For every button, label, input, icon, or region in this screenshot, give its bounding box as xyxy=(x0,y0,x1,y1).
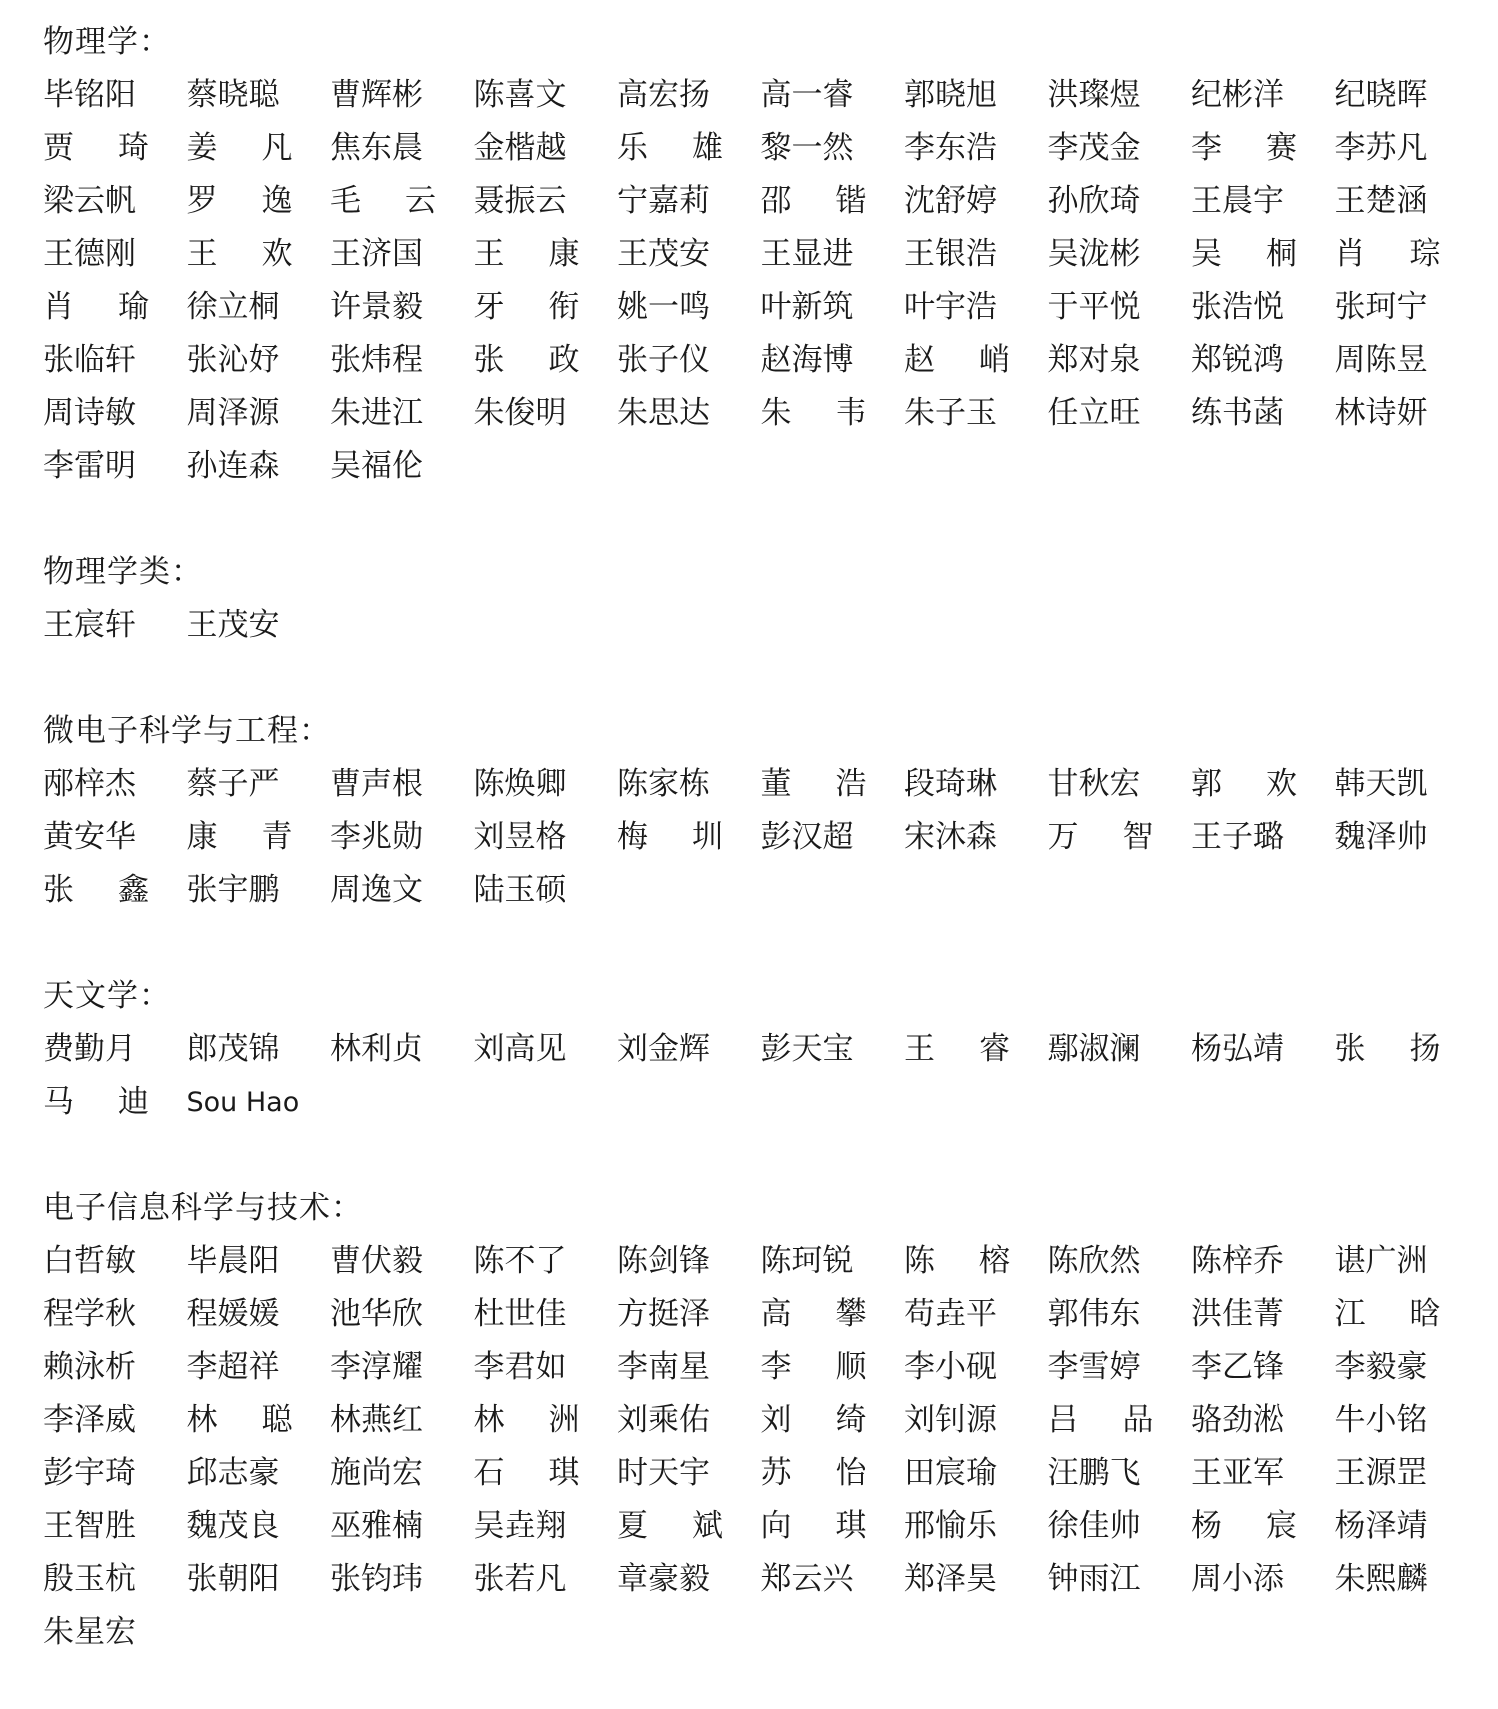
student-name: 周陈昱 xyxy=(1335,334,1441,387)
student-name: 康青 xyxy=(187,811,293,864)
student-name: 姚一鸣 xyxy=(617,281,723,334)
student-name: 魏茂良 xyxy=(187,1500,293,1553)
student-name: 宁嘉莉 xyxy=(617,175,723,228)
major-section: 电子信息科学与技术：白哲敏毕晨阳曹伏毅陈不了陈剑锋陈珂锐陈榕陈欣然陈梓乔谌广洲程… xyxy=(43,1182,1463,1659)
student-name: 王子璐 xyxy=(1191,811,1297,864)
student-name: 刘乘佑 xyxy=(617,1394,723,1447)
name-grid: 费勤月郎茂锦林利贞刘高见刘金辉彭天宝王睿鄢淑澜杨弘靖张扬马迪Sou Hao xyxy=(43,1023,1463,1129)
student-name: 洪璨煜 xyxy=(1048,69,1154,122)
student-name: 李小砚 xyxy=(904,1341,1010,1394)
student-name: 张扬 xyxy=(1335,1023,1441,1076)
student-name: 王银浩 xyxy=(904,228,1010,281)
student-name: 吴福伦 xyxy=(330,440,436,493)
student-name: 林利贞 xyxy=(330,1023,436,1076)
section-title: 天文学： xyxy=(43,970,1463,1023)
student-name: 李超祥 xyxy=(187,1341,293,1394)
student-name: 董浩 xyxy=(761,758,867,811)
student-name: 杨泽靖 xyxy=(1335,1500,1441,1553)
student-name: 孙欣琦 xyxy=(1048,175,1154,228)
student-name: 张浩悦 xyxy=(1191,281,1297,334)
student-name: 梁云帆 xyxy=(43,175,149,228)
major-section: 天文学：费勤月郎茂锦林利贞刘高见刘金辉彭天宝王睿鄢淑澜杨弘靖张扬马迪Sou Ha… xyxy=(43,970,1463,1129)
student-name: 王宸轩 xyxy=(43,599,149,652)
student-name: 章豪毅 xyxy=(617,1553,723,1606)
student-name: 张朝阳 xyxy=(187,1553,293,1606)
student-name: 陈欣然 xyxy=(1048,1235,1154,1288)
student-name: 孙连森 xyxy=(187,440,293,493)
student-name: 王亚军 xyxy=(1191,1447,1297,1500)
student-name: 彭汉超 xyxy=(761,811,867,864)
student-name: 邢愉乐 xyxy=(904,1500,1010,1553)
student-name: Sou Hao xyxy=(187,1076,331,1129)
major-section: 微电子科学与工程：邴梓杰蔡子严曹声根陈焕卿陈家栋董浩段琦琳甘秋宏郭欢韩天凯黄安华… xyxy=(43,705,1463,917)
student-name: 李兆勋 xyxy=(330,811,436,864)
student-name: 周小添 xyxy=(1191,1553,1297,1606)
student-name: 宋沐森 xyxy=(904,811,1010,864)
student-name: 毛云 xyxy=(330,175,436,228)
student-name: 任立旺 xyxy=(1048,387,1154,440)
student-name: 鄢淑澜 xyxy=(1048,1023,1154,1076)
student-name: 练书菡 xyxy=(1191,387,1297,440)
student-name: 陈焕卿 xyxy=(474,758,580,811)
student-name: 张政 xyxy=(474,334,580,387)
student-name: 巫雅楠 xyxy=(330,1500,436,1553)
student-name: 朱星宏 xyxy=(43,1606,149,1659)
student-name: 邴梓杰 xyxy=(43,758,149,811)
name-grid: 王宸轩王茂安 xyxy=(43,599,1463,652)
major-section: 物理学：毕铭阳蔡晓聪曹辉彬陈喜文高宏扬高一睿郭晓旭洪璨煜纪彬洋纪晓晖贾琦姜凡焦东… xyxy=(43,16,1463,493)
student-name: 邱志豪 xyxy=(187,1447,293,1500)
student-name: 周逸文 xyxy=(330,864,436,917)
student-name: 王茂安 xyxy=(617,228,723,281)
student-name: 钟雨江 xyxy=(1048,1553,1154,1606)
student-name: 江晗 xyxy=(1335,1288,1441,1341)
student-name: 王楚涵 xyxy=(1335,175,1441,228)
student-name: 郑对泉 xyxy=(1048,334,1154,387)
student-name: 黄安华 xyxy=(43,811,149,864)
section-title: 电子信息科学与技术： xyxy=(43,1182,1463,1235)
student-name: 周泽源 xyxy=(187,387,293,440)
student-name: 肖琮 xyxy=(1335,228,1441,281)
student-name: 高攀 xyxy=(761,1288,867,1341)
student-name: 纪晓晖 xyxy=(1335,69,1441,122)
student-name: 刘金辉 xyxy=(617,1023,723,1076)
student-name: 郑云兴 xyxy=(761,1553,867,1606)
student-name: 朱韦 xyxy=(761,387,867,440)
student-name: 于平悦 xyxy=(1048,281,1154,334)
student-name: 毕晨阳 xyxy=(187,1235,293,1288)
student-name: 李顺 xyxy=(761,1341,867,1394)
name-grid: 白哲敏毕晨阳曹伏毅陈不了陈剑锋陈珂锐陈榕陈欣然陈梓乔谌广洲程学秋程媛媛池华欣杜世… xyxy=(43,1235,1463,1659)
student-name: 田宸瑜 xyxy=(904,1447,1010,1500)
student-name: 石琪 xyxy=(474,1447,580,1500)
student-name: 程媛媛 xyxy=(187,1288,293,1341)
student-name: 李雪婷 xyxy=(1048,1341,1154,1394)
student-name: 贾琦 xyxy=(43,122,149,175)
name-list-document: 物理学：毕铭阳蔡晓聪曹辉彬陈喜文高宏扬高一睿郭晓旭洪璨煜纪彬洋纪晓晖贾琦姜凡焦东… xyxy=(43,16,1463,1659)
student-name: 李东浩 xyxy=(904,122,1010,175)
student-name: 张沁妤 xyxy=(187,334,293,387)
student-name: 林燕红 xyxy=(330,1394,436,1447)
student-name: 时天宇 xyxy=(617,1447,723,1500)
student-name: 郭伟东 xyxy=(1048,1288,1154,1341)
student-name: 段琦琳 xyxy=(904,758,1010,811)
student-name: 焦东晨 xyxy=(330,122,436,175)
student-name: 吴桐 xyxy=(1191,228,1297,281)
student-name: 郑锐鸿 xyxy=(1191,334,1297,387)
student-name: 张鑫 xyxy=(43,864,149,917)
student-name: 罗逸 xyxy=(187,175,293,228)
student-name: 杨弘靖 xyxy=(1191,1023,1297,1076)
student-name: 程学秋 xyxy=(43,1288,149,1341)
section-title: 物理学类： xyxy=(43,546,1463,599)
student-name: 赵峭 xyxy=(904,334,1010,387)
student-name: 陈珂锐 xyxy=(761,1235,867,1288)
student-name: 王济国 xyxy=(330,228,436,281)
student-name: 毕铭阳 xyxy=(43,69,149,122)
student-name: 王显进 xyxy=(761,228,867,281)
student-name: 陈不了 xyxy=(474,1235,580,1288)
student-name: 陆玉硕 xyxy=(474,864,580,917)
student-name: 张宇鹏 xyxy=(187,864,293,917)
student-name: 高宏扬 xyxy=(617,69,723,122)
student-name: 陈梓乔 xyxy=(1191,1235,1297,1288)
student-name: 吴泷彬 xyxy=(1048,228,1154,281)
student-name: 金楷越 xyxy=(474,122,580,175)
student-name: 韩天凯 xyxy=(1335,758,1441,811)
section-title: 微电子科学与工程： xyxy=(43,705,1463,758)
student-name: 高一睿 xyxy=(761,69,867,122)
student-name: 赵海博 xyxy=(761,334,867,387)
student-name: 曹辉彬 xyxy=(330,69,436,122)
student-name: 郎茂锦 xyxy=(187,1023,293,1076)
student-name: 陈剑锋 xyxy=(617,1235,723,1288)
student-name: 聂振云 xyxy=(474,175,580,228)
student-name: 徐佳帅 xyxy=(1048,1500,1154,1553)
student-name: 许景毅 xyxy=(330,281,436,334)
student-name: 陈喜文 xyxy=(474,69,580,122)
student-name: 王睿 xyxy=(904,1023,1010,1076)
student-name: 张子仪 xyxy=(617,334,723,387)
student-name: 王德刚 xyxy=(43,228,149,281)
student-name: 李君如 xyxy=(474,1341,580,1394)
student-name: 牛小铭 xyxy=(1335,1394,1441,1447)
student-name: 肖瑜 xyxy=(43,281,149,334)
student-name: 张临轩 xyxy=(43,334,149,387)
student-name: 王晨宇 xyxy=(1191,175,1297,228)
student-name: 苏怡 xyxy=(761,1447,867,1500)
student-name: 万智 xyxy=(1048,811,1154,864)
student-name: 陈家栋 xyxy=(617,758,723,811)
student-name: 曹伏毅 xyxy=(330,1235,436,1288)
student-name: 蔡子严 xyxy=(187,758,293,811)
student-name: 谌广洲 xyxy=(1335,1235,1441,1288)
student-name: 蔡晓聪 xyxy=(187,69,293,122)
student-name: 李毅豪 xyxy=(1335,1341,1441,1394)
student-name: 郭欢 xyxy=(1191,758,1297,811)
student-name: 张钧玮 xyxy=(330,1553,436,1606)
student-name: 甘秋宏 xyxy=(1048,758,1154,811)
student-name: 费勤月 xyxy=(43,1023,149,1076)
student-name: 李雷明 xyxy=(43,440,149,493)
student-name: 洪佳菁 xyxy=(1191,1288,1297,1341)
student-name: 李苏凡 xyxy=(1335,122,1441,175)
student-name: 李赛 xyxy=(1191,122,1297,175)
student-name: 方挺泽 xyxy=(617,1288,723,1341)
student-name: 白哲敏 xyxy=(43,1235,149,1288)
student-name: 朱俊明 xyxy=(474,387,580,440)
student-name: 叶新筑 xyxy=(761,281,867,334)
student-name: 纪彬洋 xyxy=(1191,69,1297,122)
student-name: 徐立桐 xyxy=(187,281,293,334)
student-name: 夏斌 xyxy=(617,1500,723,1553)
major-section: 物理学类：王宸轩王茂安 xyxy=(43,546,1463,652)
student-name: 乐雄 xyxy=(617,122,723,175)
student-name: 杜世佳 xyxy=(474,1288,580,1341)
student-name: 向琪 xyxy=(761,1500,867,1553)
student-name: 黎一然 xyxy=(761,122,867,175)
student-name: 池华欣 xyxy=(330,1288,436,1341)
student-name: 施尚宏 xyxy=(330,1447,436,1500)
student-name: 林聪 xyxy=(187,1394,293,1447)
student-name: 马迪 xyxy=(43,1076,149,1129)
student-name: 朱熙麟 xyxy=(1335,1553,1441,1606)
student-name: 刘昱格 xyxy=(474,811,580,864)
student-name: 吴垚翔 xyxy=(474,1500,580,1553)
student-name: 李南星 xyxy=(617,1341,723,1394)
student-name: 朱思达 xyxy=(617,387,723,440)
student-name: 林诗妍 xyxy=(1335,387,1441,440)
student-name: 王欢 xyxy=(187,228,293,281)
student-name: 李泽威 xyxy=(43,1394,149,1447)
section-title: 物理学： xyxy=(43,16,1463,69)
student-name: 牙衔 xyxy=(474,281,580,334)
student-name: 陈榕 xyxy=(904,1235,1010,1288)
student-name: 杨宸 xyxy=(1191,1500,1297,1553)
student-name: 李乙锋 xyxy=(1191,1341,1297,1394)
student-name: 魏泽帅 xyxy=(1335,811,1441,864)
student-name: 叶宇浩 xyxy=(904,281,1010,334)
student-name: 郭晓旭 xyxy=(904,69,1010,122)
student-name: 沈舒婷 xyxy=(904,175,1010,228)
student-name: 汪鹏飞 xyxy=(1048,1447,1154,1500)
student-name: 刘绮 xyxy=(761,1394,867,1447)
student-name: 王智胜 xyxy=(43,1500,149,1553)
student-name: 曹声根 xyxy=(330,758,436,811)
student-name: 周诗敏 xyxy=(43,387,149,440)
student-name: 邵锴 xyxy=(761,175,867,228)
student-name: 李茂金 xyxy=(1048,122,1154,175)
student-name: 张炜程 xyxy=(330,334,436,387)
student-name: 彭宇琦 xyxy=(43,1447,149,1500)
student-name: 吕品 xyxy=(1048,1394,1154,1447)
student-name: 李淳耀 xyxy=(330,1341,436,1394)
student-name: 王源罡 xyxy=(1335,1447,1441,1500)
student-name: 张珂宁 xyxy=(1335,281,1441,334)
student-name: 赖泳析 xyxy=(43,1341,149,1394)
student-name: 骆劲淞 xyxy=(1191,1394,1297,1447)
student-name: 王康 xyxy=(474,228,580,281)
student-name: 殷玉杭 xyxy=(43,1553,149,1606)
student-name: 彭天宝 xyxy=(761,1023,867,1076)
student-name: 朱子玉 xyxy=(904,387,1010,440)
student-name: 姜凡 xyxy=(187,122,293,175)
student-name: 朱进江 xyxy=(330,387,436,440)
student-name: 郑泽昊 xyxy=(904,1553,1010,1606)
student-name: 刘高见 xyxy=(474,1023,580,1076)
student-name: 苟垚平 xyxy=(904,1288,1010,1341)
student-name: 王茂安 xyxy=(187,599,293,652)
student-name: 林洲 xyxy=(474,1394,580,1447)
name-grid: 毕铭阳蔡晓聪曹辉彬陈喜文高宏扬高一睿郭晓旭洪璨煜纪彬洋纪晓晖贾琦姜凡焦东晨金楷越… xyxy=(43,69,1463,493)
student-name: 梅圳 xyxy=(617,811,723,864)
name-grid: 邴梓杰蔡子严曹声根陈焕卿陈家栋董浩段琦琳甘秋宏郭欢韩天凯黄安华康青李兆勋刘昱格梅… xyxy=(43,758,1463,917)
student-name: 刘钊源 xyxy=(904,1394,1010,1447)
student-name: 张若凡 xyxy=(474,1553,580,1606)
